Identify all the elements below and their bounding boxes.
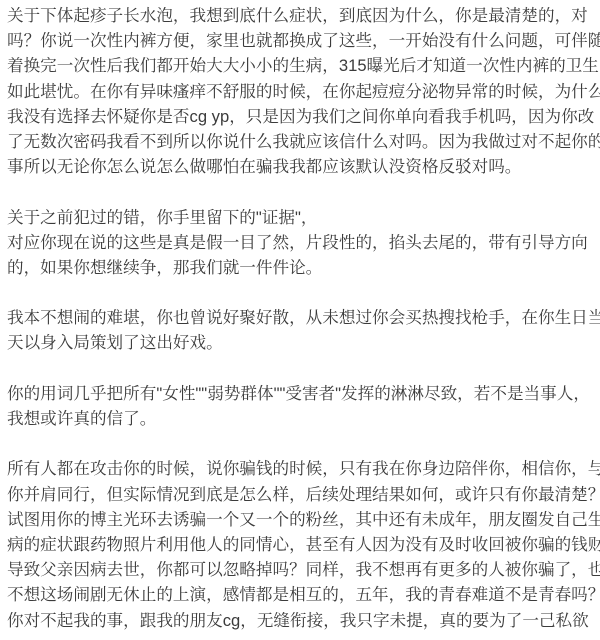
text-document: 关于下体起疹子长水泡，我想到底什么症状，到底因为什么，你是最清楚的，对吗？你说一… — [0, 0, 600, 640]
text-line: 的，如果你想继续争，那我们就一件件论。 — [7, 255, 600, 280]
paragraph: 所有人都在攻击你的时候，说你骗钱的时候，只有我在你身边陪伴你，相信你，与你并肩同… — [7, 456, 600, 632]
text-line: 天以身入局策划了这出好戏。 — [7, 330, 600, 355]
text-line: 我没有选择去怀疑你是否cg yp，只是因为我们之间你单向看我手机吗，因为你改 — [7, 104, 600, 129]
text-line: 试图用你的博主光环去诱骗一个又一个的粉丝，其中还有未成年，朋友圈发自己生 — [7, 507, 600, 532]
text-line: 不想这场闹剧无休止的上演，感情都是相互的，五年，我的青春难道不是青春吗？ — [7, 582, 600, 607]
text-line: 病的症状跟药物照片利用他人的同情心，甚至有人因为没有及时收回被你骗的钱财 — [7, 532, 600, 557]
text-line: 我想或许真的信了。 — [7, 406, 600, 431]
paragraph: 关于之前犯过的错，你手里留下的"证据"，对应你现在说的这些是真是假一目了然，片段… — [7, 205, 600, 281]
paragraph: 我本不想闹的难堪，你也曾说好聚好散，从未想过你会买热搜找枪手，在你生日当天以身入… — [7, 305, 600, 355]
text-line: 事所以无论你怎么说怎么做哪怕在骗我我都应该默认没资格反驳对吗。 — [7, 154, 600, 179]
text-line: 如此堪忧。在你有异味瘙痒不舒服的时候，在你起痘痘分泌物异常的时候，为什么 — [7, 79, 600, 104]
text-line: 吗？你说一次性内裤方便，家里也就都换成了这些，一开始没有什么问题，可伴随 — [7, 28, 600, 53]
paragraph: 你的用词几乎把所有"女性""弱势群体""受害者"发挥的淋淋尽致，若不是当事人，我… — [7, 381, 600, 431]
text-line: 你并肩同行，但实际情况到底是怎么样，后续处理结果如何，或许只有你最清楚？ — [7, 482, 600, 507]
text-line: 对应你现在说的这些是真是假一目了然，片段性的，掐头去尾的，带有引导方向 — [7, 230, 600, 255]
text-line: 你对不起我的事，跟我的朋友cg，无缝衔接，我只字未提，真的要为了一己私欲 — [7, 608, 600, 633]
text-line: 我本不想闹的难堪，你也曾说好聚好散，从未想过你会买热搜找枪手，在你生日当 — [7, 305, 600, 330]
text-line: 导致父亲因病去世，你都可以忽略掉吗？同样，我不想再有更多的人被你骗了，也 — [7, 557, 600, 582]
text-line: 所有人都在攻击你的时候，说你骗钱的时候，只有我在你身边陪伴你，相信你，与 — [7, 456, 600, 481]
text-line: 关于之前犯过的错，你手里留下的"证据"， — [7, 205, 600, 230]
text-line: 了无数次密码我看不到所以你说什么我就应该信什么对吗。因为我做过对不起你的 — [7, 129, 600, 154]
message-body: 关于下体起疹子长水泡，我想到底什么症状，到底因为什么，你是最清楚的，对吗？你说一… — [0, 0, 600, 633]
text-line: 着换完一次性后我们都开始大大小小的生病，315曝光后才知道一次性内裤的卫生 — [7, 53, 600, 78]
text-line: 你的用词几乎把所有"女性""弱势群体""受害者"发挥的淋淋尽致，若不是当事人， — [7, 381, 600, 406]
paragraph: 关于下体起疹子长水泡，我想到底什么症状，到底因为什么，你是最清楚的，对吗？你说一… — [7, 3, 600, 179]
text-line: 关于下体起疹子长水泡，我想到底什么症状，到底因为什么，你是最清楚的，对 — [7, 3, 600, 28]
